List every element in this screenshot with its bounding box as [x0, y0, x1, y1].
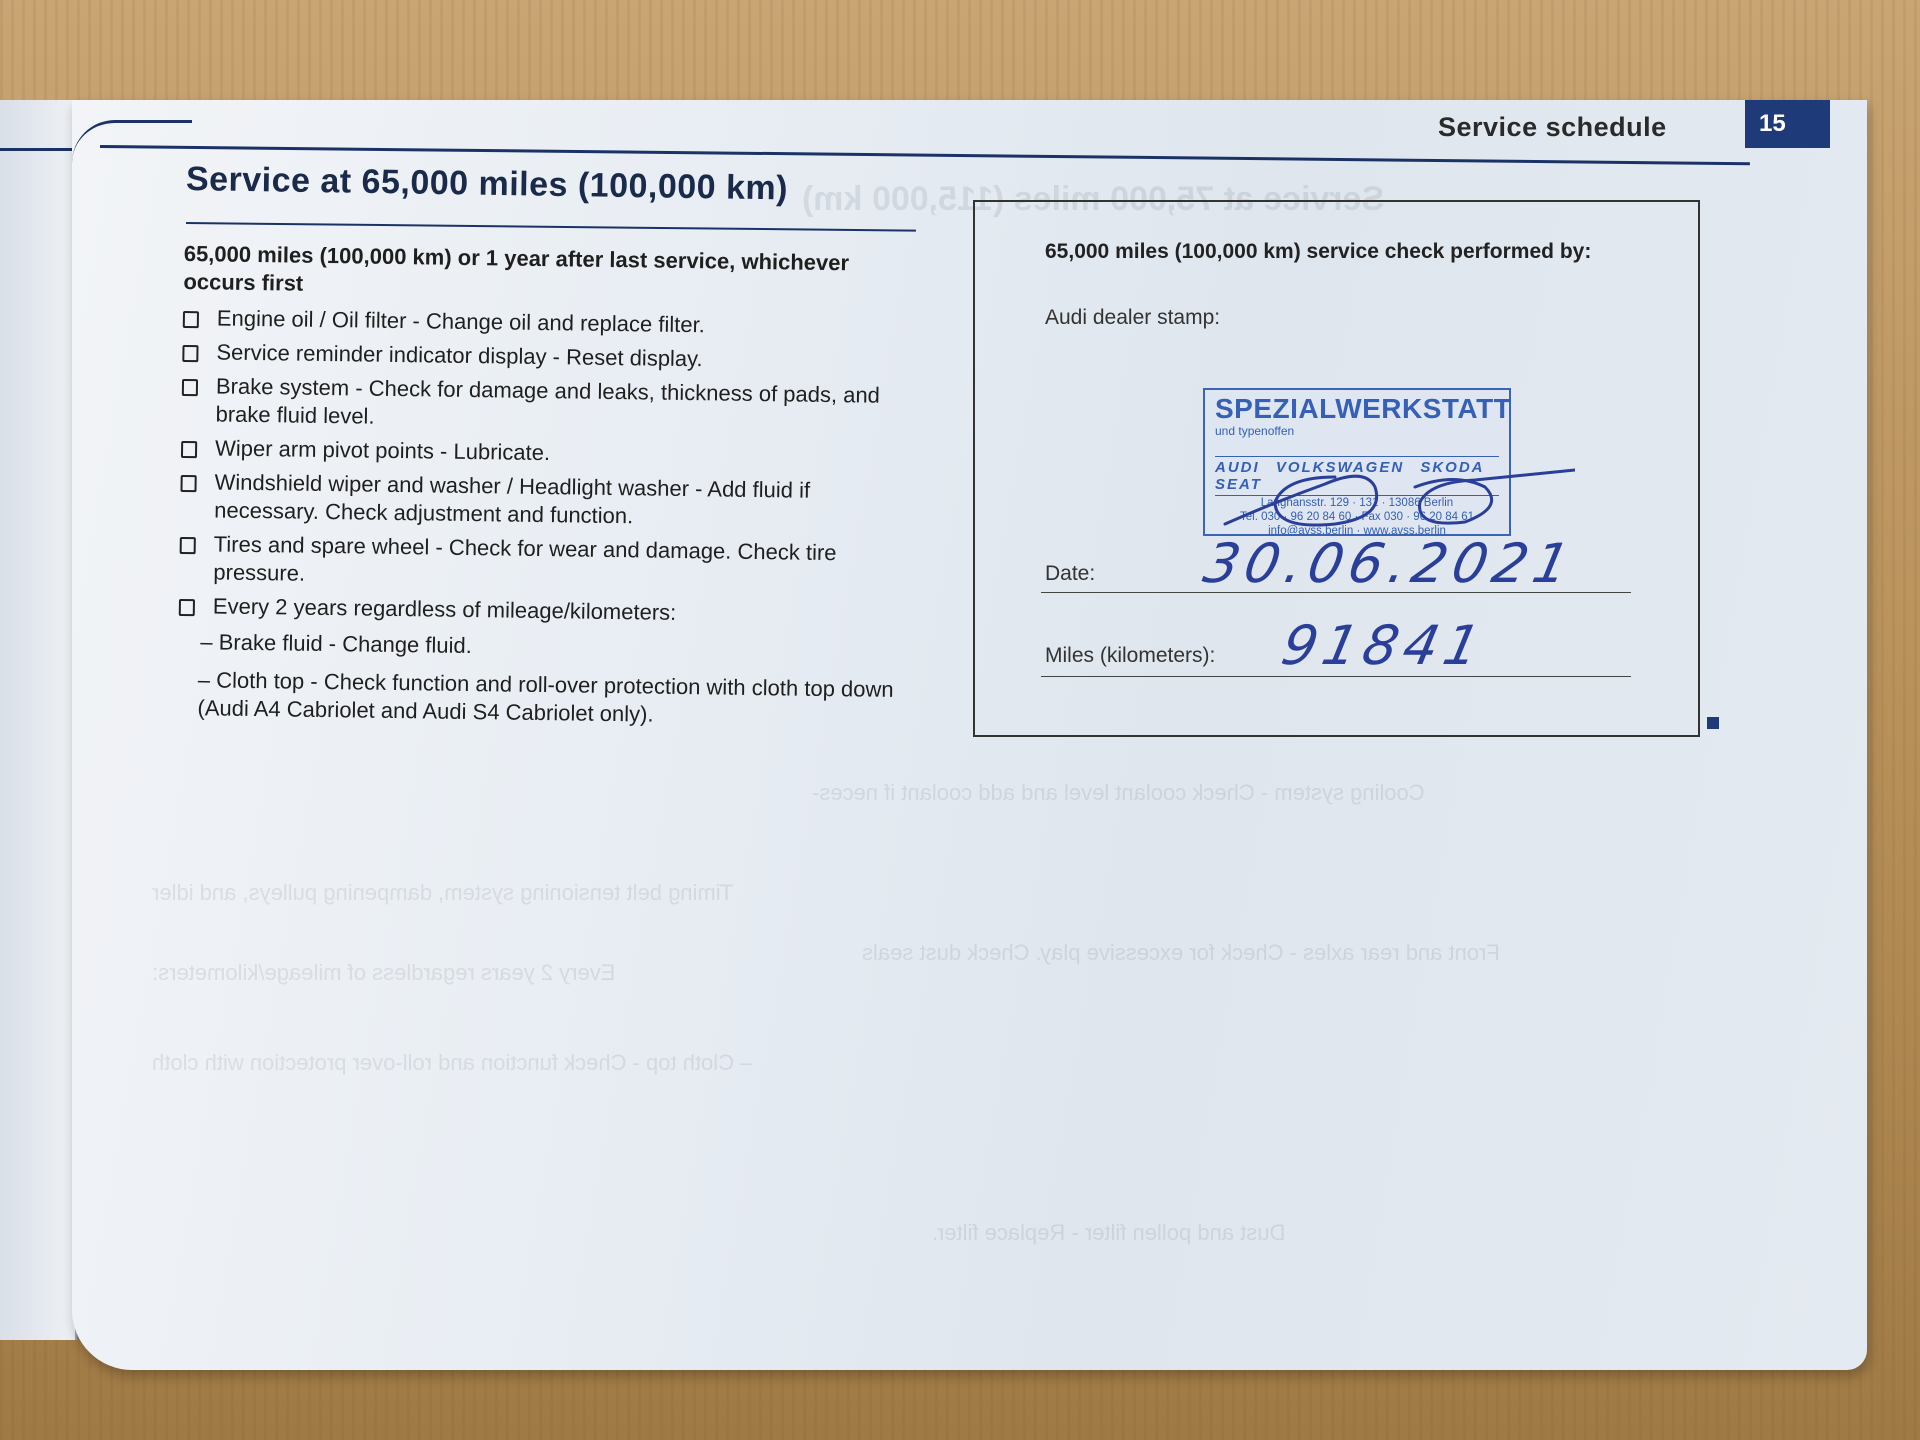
checklist-item-label: Every 2 years regardless of mileage/kilo… [213, 592, 677, 626]
checklist-item-label: Service reminder indicator display - Res… [216, 338, 703, 373]
checklist-item-label: Tires and spare wheel - Check for wear a… [213, 530, 910, 596]
checkbox-icon[interactable] [183, 311, 199, 328]
checklist-item[interactable]: Tires and spare wheel - Check for wear a… [179, 530, 910, 596]
section-end-marker [1707, 717, 1719, 729]
checkbox-icon[interactable] [182, 379, 198, 396]
checklist-item[interactable]: Engine oil / Oil filter - Change oil and… [183, 304, 913, 342]
page-number: 15 [1745, 100, 1830, 148]
checklist-item-label: Windshield wiper and washer / Headlight … [214, 468, 911, 534]
checkbox-icon[interactable] [181, 441, 197, 458]
bleed-through-text: Timing belt tensioning system, dampening… [152, 880, 733, 906]
checklist-item[interactable]: Service reminder indicator display - Res… [182, 338, 912, 376]
checkbox-icon[interactable] [179, 599, 195, 616]
dealer-stamp-label: Audi dealer stamp: [1045, 306, 1220, 330]
checklist-item[interactable]: Every 2 years regardless of mileage/kilo… [179, 592, 909, 630]
checkbox-icon[interactable] [182, 345, 198, 362]
checklist-sub-item: – Cloth top - Check function and roll-ov… [197, 666, 908, 732]
bleed-through-text: Every 2 years regardless of mileage/kilo… [152, 960, 615, 986]
checklist-item[interactable]: Brake system - Check for damage and leak… [181, 372, 912, 438]
previous-page-edge [0, 100, 77, 1340]
bleed-through-text: – Cloth top - Check function and roll-ov… [152, 1050, 752, 1076]
checkbox-icon[interactable] [180, 537, 196, 554]
bleed-through-text: Front and rear axles - Check for excessi… [862, 940, 1500, 966]
section-header: Service schedule [1438, 112, 1667, 143]
stamp-company-name: SPEZIALWERKSTATT [1215, 394, 1499, 424]
service-record-box: 65,000 miles (100,000 km) service check … [973, 200, 1700, 737]
checklist-subtitle: 65,000 miles (100,000 km) or 1 year afte… [183, 240, 914, 306]
service-checklist: 65,000 miles (100,000 km) or 1 year afte… [177, 240, 914, 742]
service-record-heading: 65,000 miles (100,000 km) service check … [1045, 238, 1605, 266]
checkbox-icon[interactable] [180, 475, 196, 492]
signature-icon [1215, 462, 1575, 532]
bleed-through-text: Dust and pollen filter - Replace filter. [932, 1220, 1285, 1246]
checklist-item-label: Engine oil / Oil filter - Change oil and… [217, 304, 705, 339]
checklist-item[interactable]: Wiper arm pivot points - Lubricate. [181, 434, 911, 472]
miles-line [1041, 676, 1631, 677]
header-rule-curve [72, 120, 192, 163]
checklist-item-label: Wiper arm pivot points - Lubricate. [215, 434, 550, 467]
checklist-item-label: Brake system - Check for damage and leak… [215, 372, 912, 438]
stamp-subtitle: und typenoffen [1215, 424, 1499, 438]
date-line [1041, 592, 1631, 593]
bleed-through-text: Cooling system - Check coolant level and… [812, 780, 1425, 806]
checklist-sub-item: – Brake fluid - Change fluid. [200, 628, 908, 666]
miles-value[interactable]: 91841 [1276, 614, 1491, 677]
miles-label: Miles (kilometers): [1045, 644, 1215, 668]
date-value[interactable]: 30.06.2021 [1198, 532, 1581, 595]
date-label: Date: [1045, 562, 1095, 586]
checklist-item[interactable]: Windshield wiper and washer / Headlight … [180, 468, 911, 534]
